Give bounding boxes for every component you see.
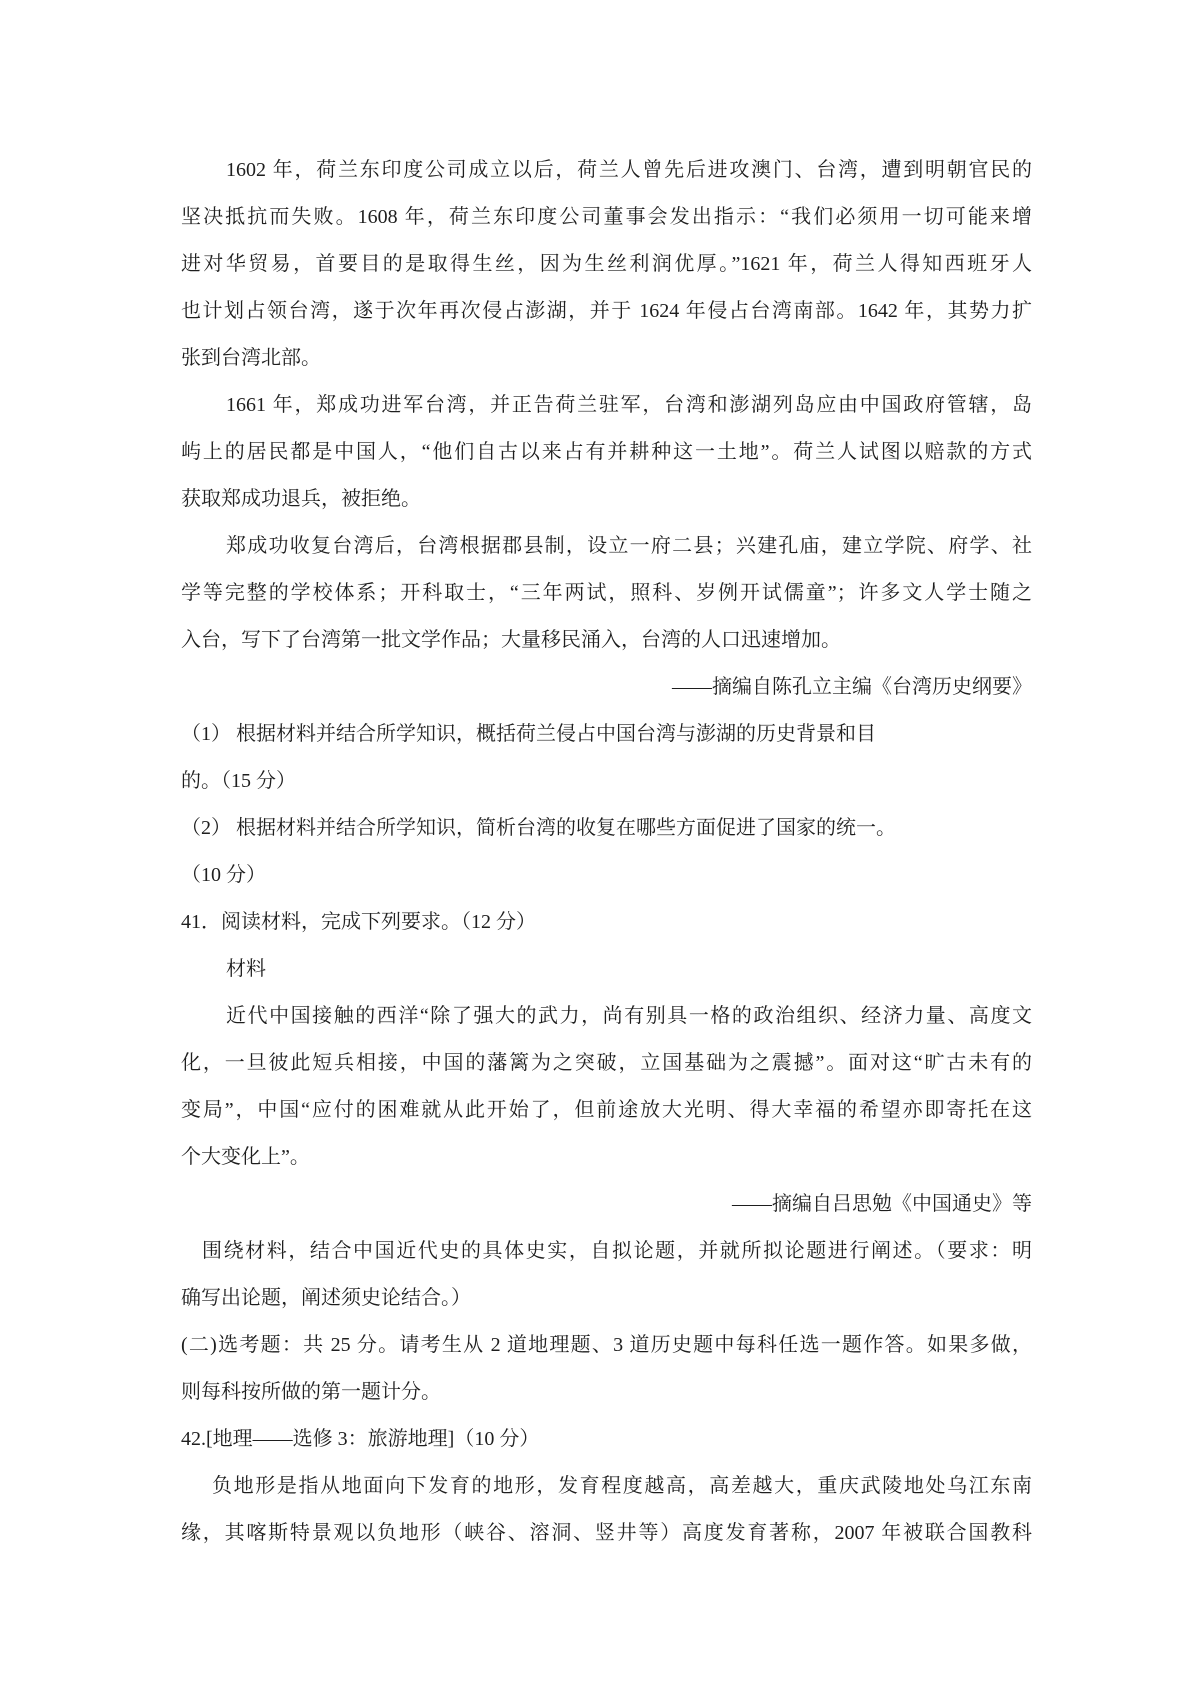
material-paragraph-line: 个大变化上”。 bbox=[181, 1134, 1032, 1181]
material-paragraph-line: 入台，写下了台湾第一批文学作品；大量移民涌入，台湾的人口迅速增加。 bbox=[181, 617, 1032, 664]
material-paragraph-line: 1661 年，郑成功进军台湾，并正告荷兰驻军，台湾和澎湖列岛应由中国政府管辖，岛 bbox=[181, 382, 1032, 429]
material-paragraph-line: 缘，其喀斯特景观以负地形（峡谷、溶洞、竖井等）高度发育著称，2007 年被联合国… bbox=[181, 1510, 1032, 1557]
material-paragraph-line: 1602 年，荷兰东印度公司成立以后，荷兰人曾先后进攻澳门、台湾，遭到明朝官民的 bbox=[181, 147, 1032, 194]
material-paragraph-line: 坚决抵抗而失败。1608 年，荷兰东印度公司董事会发出指示：“我们必须用一切可能… bbox=[181, 194, 1032, 241]
material-paragraph-line: 近代中国接触的西洋“除了强大的武力，尚有别具一格的政治组织、经济力量、高度文 bbox=[181, 993, 1032, 1040]
sub-question-1-line: （1） 根据材料并结合所学知识，概括荷兰侵占中国台湾与澎湖的历史背景和目 bbox=[181, 711, 1032, 758]
sub-question-2-line: （10 分） bbox=[181, 852, 1032, 899]
material-paragraph-line: 进对华贸易，首要目的是取得生丝，因为生丝利润优厚。”1621 年，荷兰人得知西班… bbox=[181, 241, 1032, 288]
material-paragraph-line: 郑成功收复台湾后，台湾根据郡县制，设立一府二县；兴建孔庙，建立学院、府学、社 bbox=[181, 523, 1032, 570]
question-42-heading: 42.[地理——选修 3：旅游地理]（10 分） bbox=[181, 1416, 1032, 1463]
source-attribution: ——摘编自吕思勉《中国通史》等 bbox=[181, 1181, 1032, 1228]
task-instruction-line: 围绕材料，结合中国近代史的具体史实，自拟论题，并就所拟论题进行阐述。（要求：明 bbox=[181, 1228, 1032, 1275]
material-paragraph-line: 变局”，中国“应付的困难就从此开始了，但前途放大光明、得大幸福的希望亦即寄托在这 bbox=[181, 1087, 1032, 1134]
sub-question-1-line: 的。（15 分） bbox=[181, 758, 1032, 805]
question-41-heading: 41．阅读材料，完成下列要求。（12 分） bbox=[181, 899, 1032, 946]
material-paragraph-line: 也计划占领台湾，遂于次年再次侵占澎湖，并于 1624 年侵占台湾南部。1642 … bbox=[181, 288, 1032, 335]
elective-section-note-line: (二)选考题：共 25 分。请考生从 2 道地理题、3 道历史题中每科任选一题作… bbox=[181, 1322, 1032, 1369]
material-paragraph-line: 负地形是指从地面向下发育的地形，发育程度越高，高差越大，重庆武陵地处乌江东南 bbox=[181, 1463, 1032, 1510]
material-paragraph-line: 学等完整的学校体系；开科取士，“三年两试，照科、岁例开试儒童”；许多文人学士随之 bbox=[181, 570, 1032, 617]
material-paragraph-line: 张到台湾北部。 bbox=[181, 335, 1032, 382]
document-page: 1602 年，荷兰东印度公司成立以后，荷兰人曾先后进攻澳门、台湾，遭到明朝官民的… bbox=[0, 0, 1200, 1698]
sub-question-2-line: （2） 根据材料并结合所学知识，简析台湾的收复在哪些方面促进了国家的统一。 bbox=[181, 805, 1032, 852]
material-paragraph-line: 屿上的居民都是中国人，“他们自古以来占有并耕种这一土地”。荷兰人试图以赔款的方式 bbox=[181, 429, 1032, 476]
task-instruction-line: 确写出论题，阐述须史论结合。） bbox=[181, 1275, 1032, 1322]
document-text-block: 1602 年，荷兰东印度公司成立以后，荷兰人曾先后进攻澳门、台湾，遭到明朝官民的… bbox=[181, 147, 1032, 1557]
material-paragraph-line: 化，一旦彼此短兵相接，中国的藩篱为之突破，立国基础为之震撼”。面对这“旷古未有的 bbox=[181, 1040, 1032, 1087]
material-label: 材料 bbox=[181, 946, 1032, 993]
material-paragraph-line: 获取郑成功退兵，被拒绝。 bbox=[181, 476, 1032, 523]
source-attribution: ——摘编自陈孔立主编《台湾历史纲要》 bbox=[181, 664, 1032, 711]
elective-section-note-line: 则每科按所做的第一题计分。 bbox=[181, 1369, 1032, 1416]
